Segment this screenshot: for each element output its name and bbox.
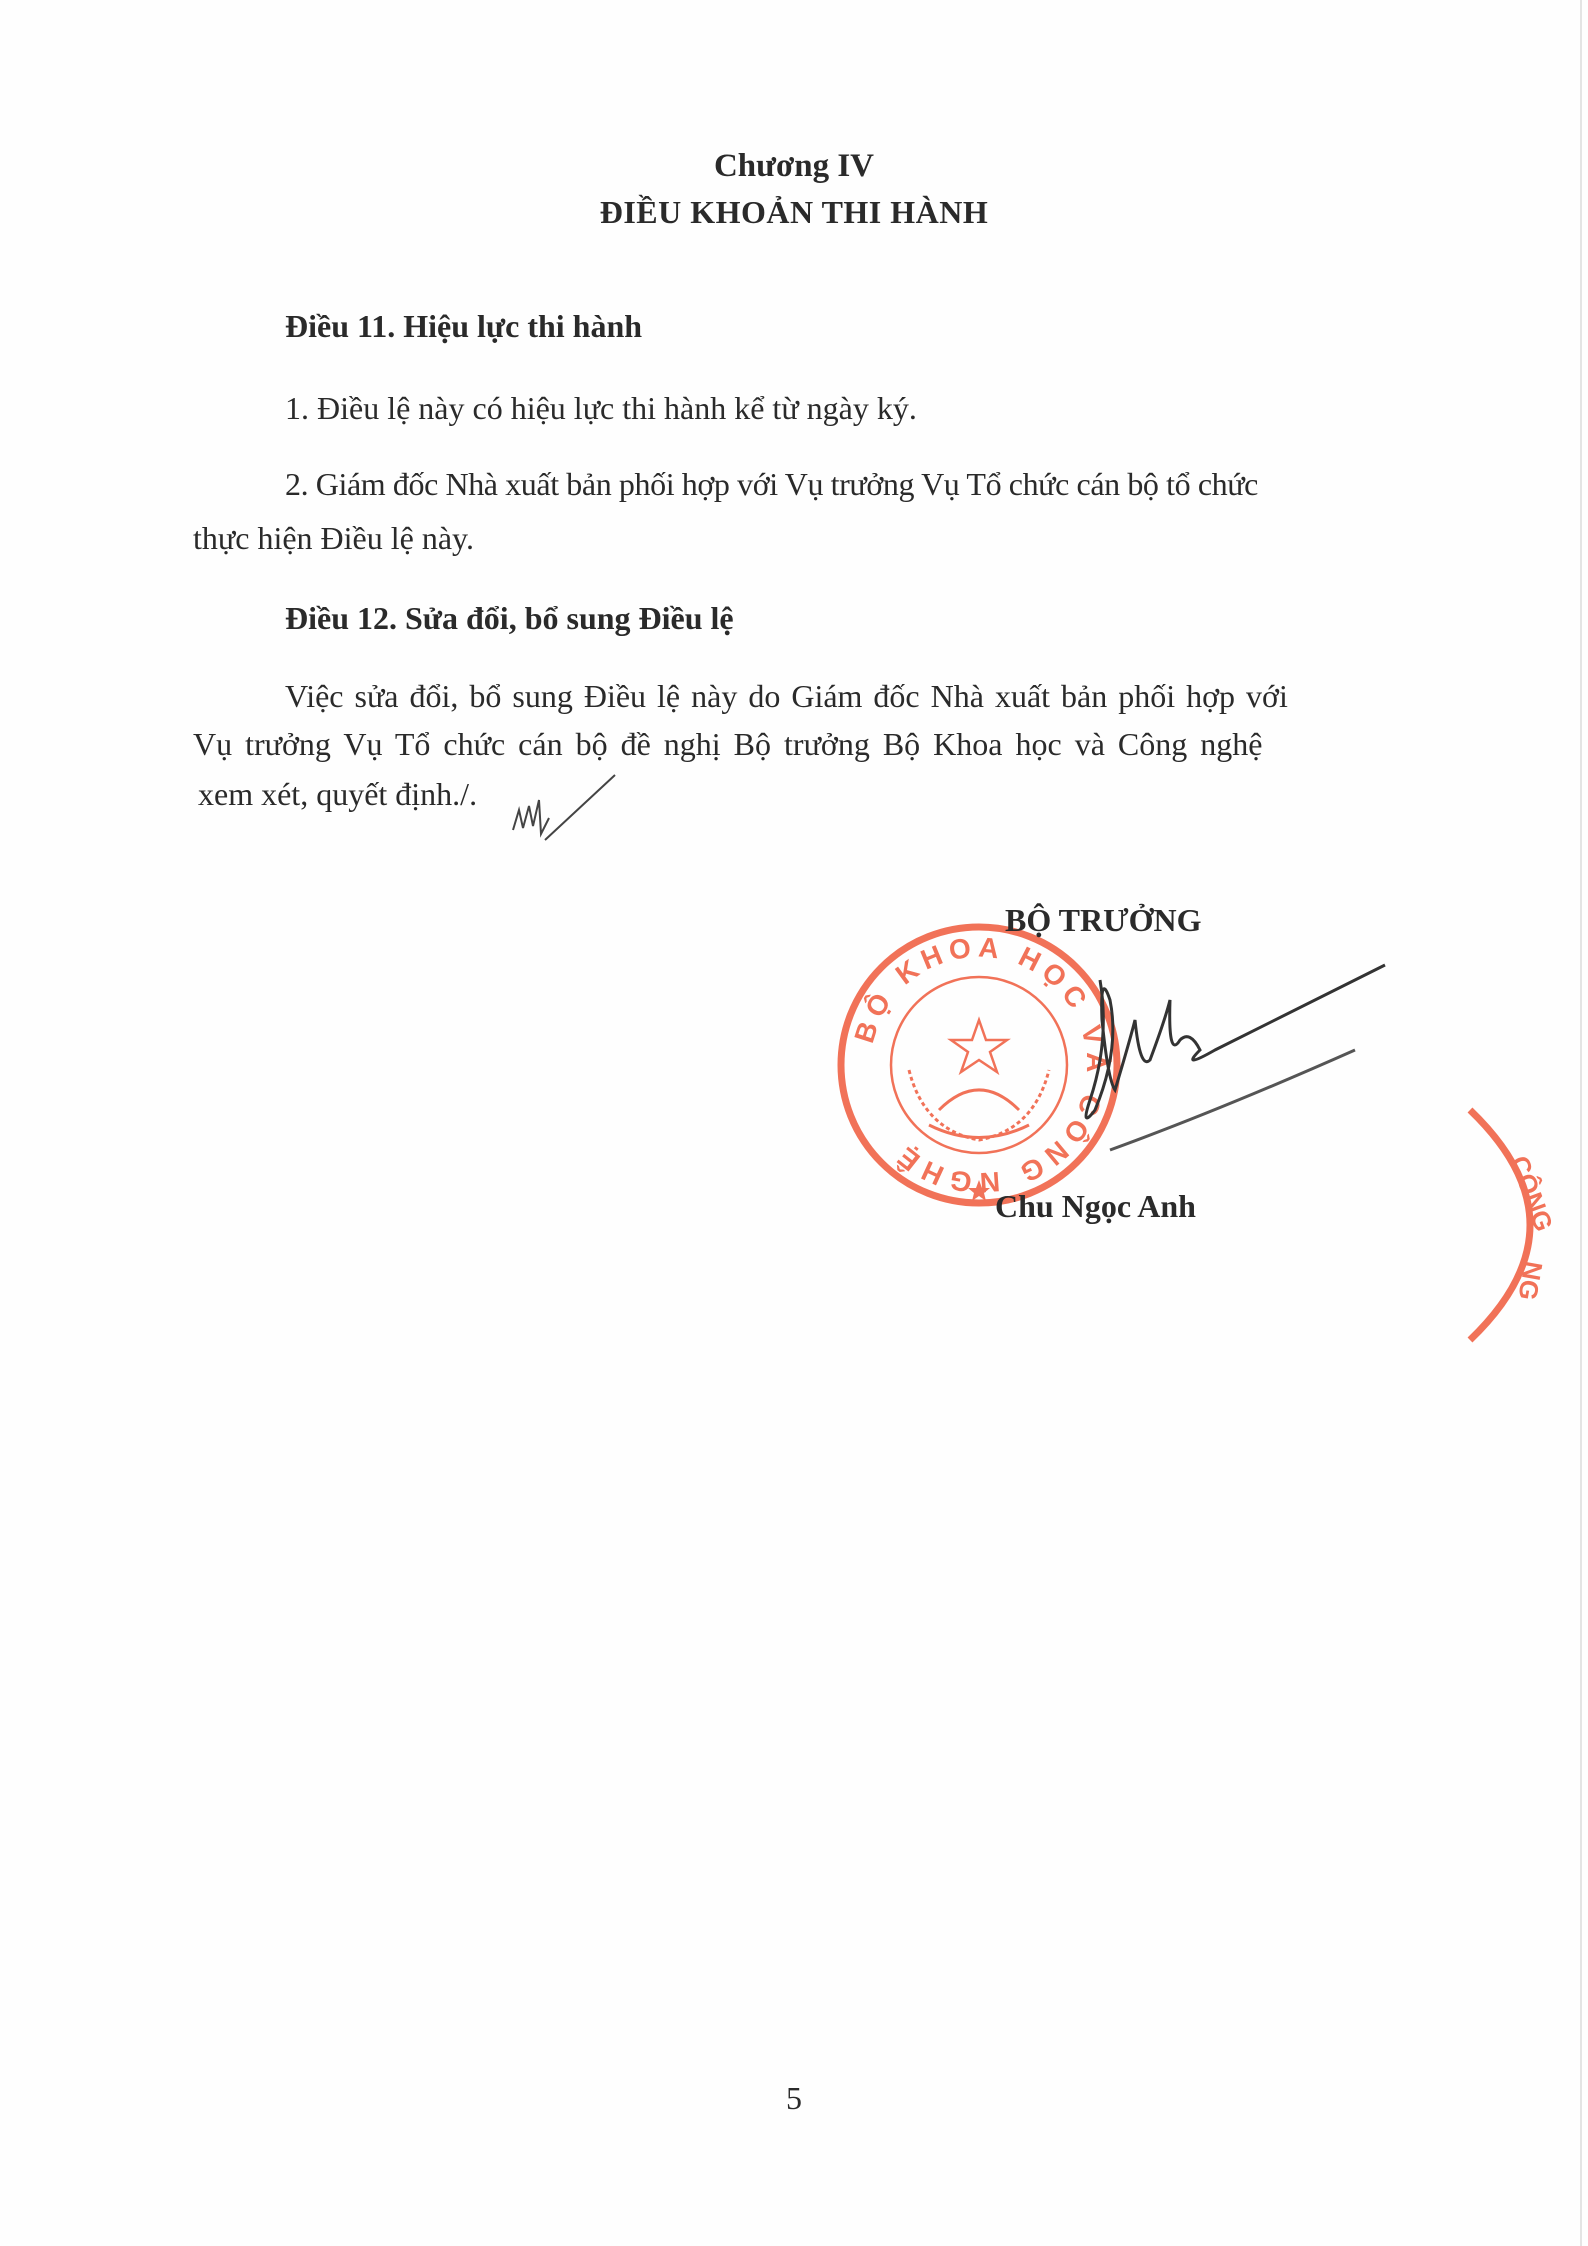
article-11-heading: Điều 11. Hiệu lực thi hành <box>285 308 642 345</box>
article-12-paragraph-3: xem xét, quyết định./. <box>198 776 477 813</box>
article-12-paragraph-1: Việc sửa đổi, bổ sung Điều lệ này do Giá… <box>285 678 1288 715</box>
svg-text:CÔNG: CÔNG <box>1504 1152 1559 1236</box>
article-12-heading: Điều 12. Sửa đổi, bổ sung Điều lệ <box>285 600 734 637</box>
partial-seal-icon: CÔNG NG <box>1440 1100 1588 1350</box>
article-11-paragraph-2-cont: thực hiện Điều lệ này. <box>193 520 474 557</box>
article-11-paragraph-2: 2. Giám đốc Nhà xuất bản phối hợp với Vụ… <box>285 466 1258 503</box>
initials-mark-icon <box>505 770 625 850</box>
page-number: 5 <box>0 2080 1588 2117</box>
chapter-number: Chương IV <box>0 148 1588 185</box>
signatory-title: BỘ TRƯỞNG <box>1005 902 1201 939</box>
signatory-name: Chu Ngọc Anh <box>995 1188 1196 1225</box>
handwritten-signature-icon <box>1040 960 1400 1160</box>
article-12-paragraph-2: Vụ trưởng Vụ Tổ chức cán bộ đề nghị Bộ t… <box>193 726 1262 763</box>
document-page: Chương IV ĐIỀU KHOẢN THI HÀNH Điều 11. H… <box>0 0 1588 2246</box>
svg-text:NG: NG <box>1512 1259 1548 1303</box>
chapter-title: ĐIỀU KHOẢN THI HÀNH <box>0 194 1588 231</box>
article-11-paragraph-1: 1. Điều lệ này có hiệu lực thi hành kể t… <box>285 390 917 427</box>
